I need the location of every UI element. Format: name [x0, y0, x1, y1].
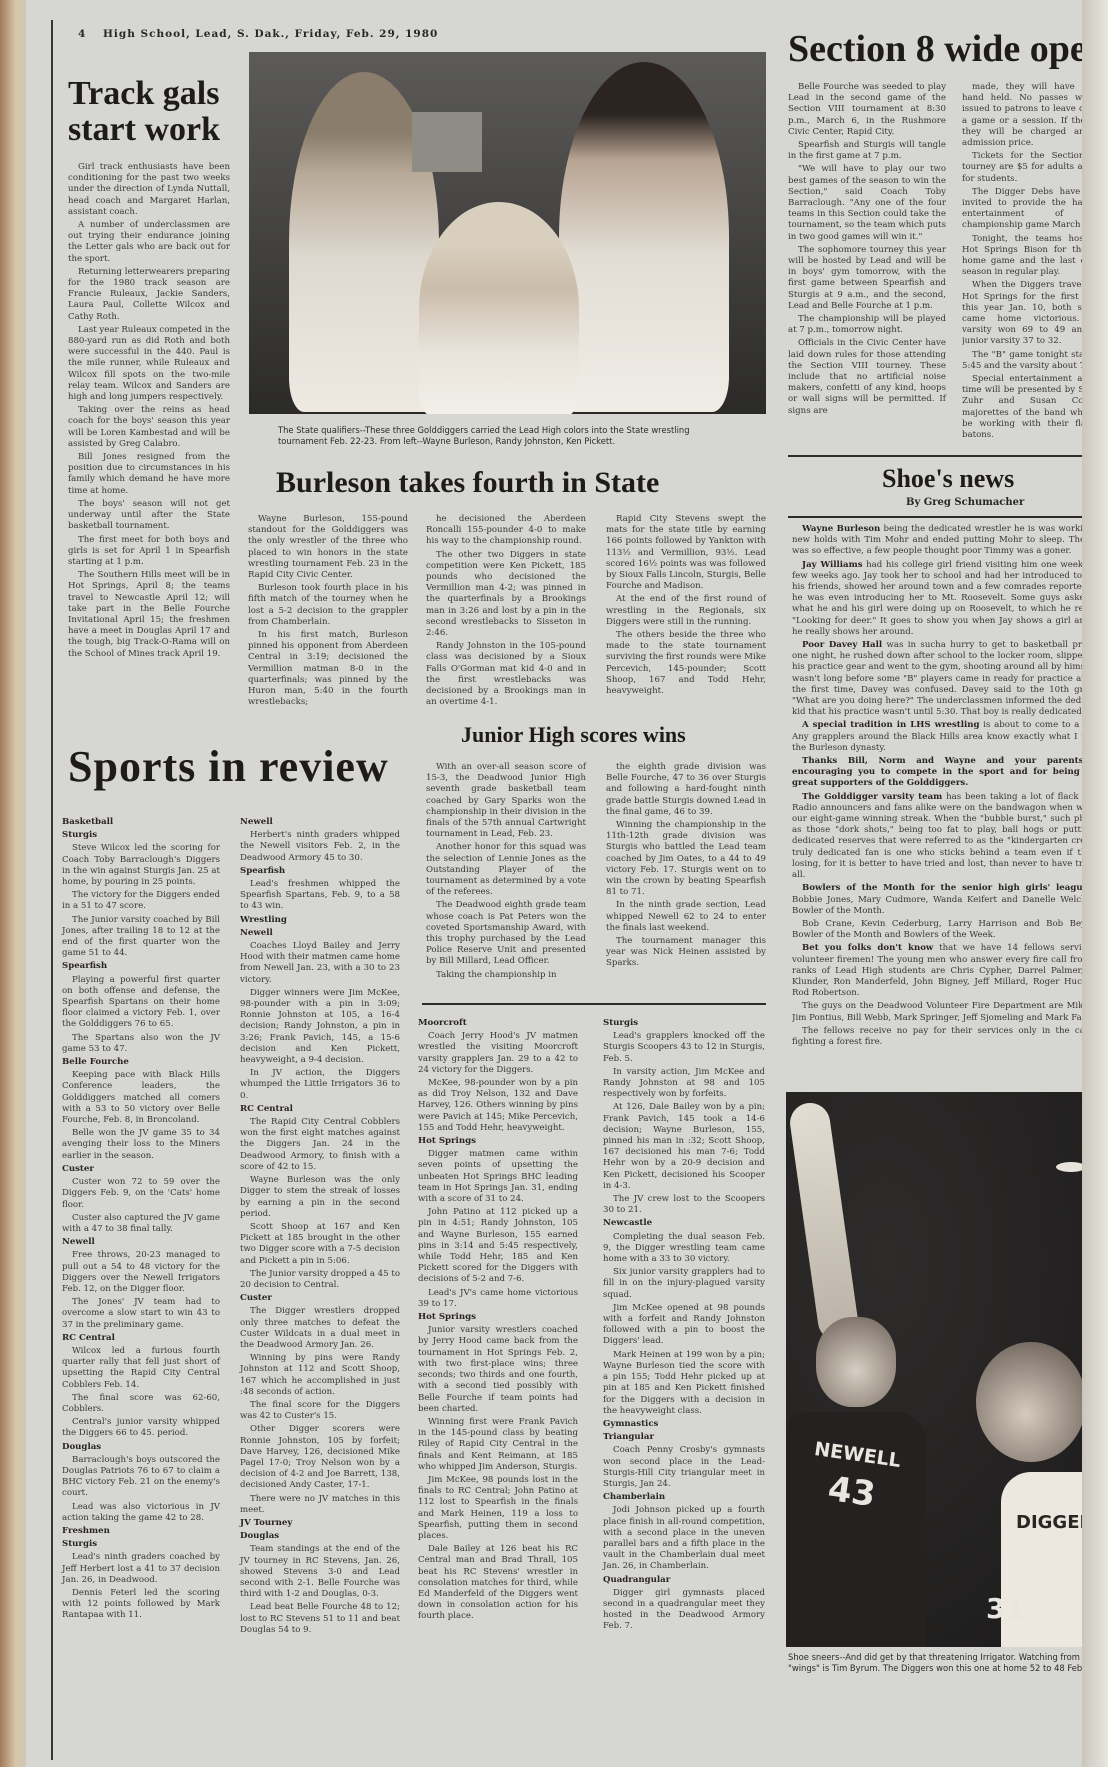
article-paragraph: Custer won 72 to 59 over the Diggers Feb… [62, 1177, 220, 1211]
headline-track: Track gals start work [68, 76, 228, 147]
sports-review-col-2: NewellHerbert's ninth graders whipped th… [240, 815, 400, 1638]
article-paragraph: Wilcox led a furious fourth quarter rall… [62, 1346, 220, 1391]
article-paragraph: Jim McKee opened at 98 pounds with a for… [603, 1303, 765, 1348]
article-paragraph: Custer also captured the JV game with a … [62, 1213, 220, 1235]
article-paragraph: Dennis Feterl led the scoring with 12 po… [62, 1588, 220, 1622]
article-paragraph: he decisioned the Aberdeen Roncalli 155-… [426, 514, 586, 548]
photo-basketball-game: NEWELL 43 DIGGERS 31 [786, 1092, 1108, 1647]
article-paragraph: Belle won the JV game 35 to 34 avenging … [62, 1128, 220, 1162]
article-paragraph: The victory for the Diggers ended in a 5… [62, 890, 220, 912]
item-text: Bob Crane, Kevin Cederburg, Larry Harris… [792, 919, 1108, 940]
article-paragraph: Central's junior varsity whipped the Dig… [62, 1417, 220, 1439]
page-binding-edge [0, 0, 26, 1767]
column-item: Poor Davey Hall was in sucha hurry to ge… [792, 640, 1108, 718]
column-item: Bob Crane, Kevin Cederburg, Larry Harris… [792, 919, 1108, 941]
subhead: Triangular [603, 1432, 765, 1443]
subhead: Gymnastics [603, 1419, 765, 1430]
player-left-head [816, 1317, 896, 1407]
item-text: was in sucha hurry to get to basketball … [792, 640, 1108, 717]
article-paragraph: With an over-all season score of 15-3, t… [426, 762, 586, 840]
column-rule [51, 20, 53, 1760]
item-lead-in: A special tradition in LHS wrestling [802, 720, 980, 730]
section-divider [788, 455, 1108, 457]
article-paragraph: The Deadwood eighth grade team whose coa… [426, 900, 586, 967]
wall-sign [412, 112, 482, 172]
article-paragraph: Scott Shoop at 167 and Ken Pickett at 18… [240, 1222, 400, 1267]
article-paragraph: The sophomore tourney this year will be … [788, 245, 946, 312]
headline-sports-in-review: Sports in review [68, 745, 389, 789]
column-item: The guys on the Deadwood Volunteer Fire … [792, 1001, 1108, 1023]
page-folio: 4 High School, Lead, S. Dak., Friday, Fe… [78, 28, 438, 40]
article-paragraph: Herbert's ninth graders whipped the Newe… [240, 830, 400, 864]
article-paragraph: Lead's JV's came home victorious 39 to 1… [418, 1288, 578, 1310]
article-paragraph: In the ninth grade section, Lead whipped… [606, 900, 766, 934]
subhead: Belle Fourche [62, 1057, 220, 1068]
article-paragraph: Steve Wilcox led the scoring for Coach T… [62, 843, 220, 888]
subhead: Quadrangular [603, 1575, 765, 1586]
article-paragraph: Winning by pins were Randy Johnston at 1… [240, 1353, 400, 1398]
article-paragraph: Returning letterwearers preparing for th… [68, 267, 230, 323]
article-paragraph: Digger girl gymnasts placed second in a … [603, 1588, 765, 1633]
article-paragraph: The others beside the three who made to … [606, 630, 766, 697]
headline-shoes-news: Shoe's news [882, 466, 1014, 492]
article-paragraph: Last year Ruleaux competed in the 880-ya… [68, 325, 230, 403]
subhead: Moorcroft [418, 1018, 578, 1029]
article-paragraph: There were no JV matches in this meet. [240, 1494, 400, 1516]
article-paragraph: Lead's ninth graders coached by Jeff Her… [62, 1552, 220, 1586]
article-paragraph: Lead's grapplers knocked off the Sturgis… [603, 1031, 765, 1065]
article-paragraph: At the end of the first round of wrestli… [606, 594, 766, 628]
article-paragraph: The tournament manager this year was Nic… [606, 936, 766, 970]
headline-section8: Section 8 wide open [788, 30, 1108, 68]
section-divider [788, 516, 1108, 518]
subhead: RC Central [62, 1333, 220, 1344]
article-paragraph: The Rapid City Central Cobblers won the … [240, 1117, 400, 1173]
subhead: Freshmen [62, 1526, 220, 1537]
article-paragraph: Lead beat Belle Fourche 48 to 12; lost t… [240, 1602, 400, 1636]
article-paragraph: The Junior varsity coached by Bill Jones… [62, 915, 220, 960]
article-paragraph: The Jones' JV team had to overcome a slo… [62, 1297, 220, 1331]
article-paragraph: Mark Heinen at 199 won by a pin; Wayne B… [603, 1350, 765, 1417]
subhead: Chamberlain [603, 1492, 765, 1503]
column-item: Bowlers of the Month for the senior high… [792, 883, 1108, 917]
article-paragraph: Coaches Lloyd Bailey and Jerry Hood with… [240, 941, 400, 986]
article-paragraph: Lead's freshmen whipped the Spearfish Sp… [240, 879, 400, 913]
article-paragraph: Team standings at the end of the JV tour… [240, 1544, 400, 1600]
item-text: had his college girl friend visiting him… [792, 560, 1108, 637]
article-paragraph: In his first match, Burleson pinned his … [248, 630, 408, 708]
article-paragraph: A number of underclassmen are out trying… [68, 220, 230, 265]
subhead: Douglas [62, 1442, 220, 1453]
article-burleson-col-1: Wayne Burleson, 155-pound standout for t… [248, 514, 408, 710]
article-paragraph: In JV action, the Diggers whumped the Li… [240, 1068, 400, 1102]
subhead: RC Central [240, 1104, 400, 1115]
article-paragraph: The championship will be played at 7 p.m… [788, 314, 946, 336]
headline-junior-high: Junior High scores wins [461, 724, 686, 746]
article-burleson-col-3: Rapid City Stevens swept the mats for th… [606, 514, 766, 699]
arm-raised-figure [787, 1100, 860, 1343]
subhead: Spearfish [240, 866, 400, 877]
subhead: Custer [62, 1164, 220, 1175]
item-lead-in: Wayne Burleson [802, 524, 880, 534]
jersey-left-number: 43 [825, 1469, 877, 1515]
item-text: The guys on the Deadwood Volunteer Fire … [792, 1001, 1108, 1022]
article-paragraph: McKee, 98-pounder won by a pin as did Tr… [418, 1078, 578, 1134]
sports-review-col-4: SturgisLead's grapplers knocked off the … [603, 1016, 765, 1635]
article-paragraph: Taking over the reins as head coach for … [68, 405, 230, 450]
headline-burleson: Burleson takes fourth in State [276, 468, 659, 498]
article-paragraph: Wayne Burleson was the only Digger to st… [240, 1175, 400, 1220]
subhead: JV Tourney [240, 1518, 400, 1529]
article-paragraph: Junior varsity wrestlers coached by Jerr… [418, 1325, 578, 1415]
article-paragraph: The final score was 62-60, Cobblers. [62, 1393, 220, 1415]
article-paragraph: the eighth grade division was Belle Four… [606, 762, 766, 818]
item-lead-in: The Golddigger varsity team [802, 792, 942, 802]
article-section8-col-1: Belle Fourche was seeded to play Lead in… [788, 82, 946, 419]
article-paragraph: The final score for the Diggers was 42 t… [240, 1400, 400, 1422]
subhead: Newcastle [603, 1218, 765, 1229]
adjacent-page-edge [1082, 0, 1108, 1767]
article-paragraph: Digger matmen came within seven points o… [418, 1149, 578, 1205]
article-paragraph: Dale Bailey at 126 beat his RC Central m… [418, 1544, 578, 1622]
item-lead-in: Thanks Bill, Norm and Wayne and your par… [792, 756, 1108, 788]
column-item: The Golddigger varsity team has been tak… [792, 792, 1108, 882]
article-paragraph: The other two Diggers in state competiti… [426, 550, 586, 640]
article-paragraph: Completing the dual season Feb. 9, the D… [603, 1232, 765, 1266]
subhead: Newell [240, 817, 400, 828]
subhead: Hot Springs [418, 1312, 578, 1323]
article-track: Girl track enthusiasts have been conditi… [68, 162, 230, 662]
newspaper-page: 4 High School, Lead, S. Dak., Friday, Fe… [26, 0, 1108, 1767]
article-paragraph: The JV crew lost to the Scoopers 30 to 2… [603, 1194, 765, 1216]
column-item: A special tradition in LHS wrestling is … [792, 720, 1108, 754]
column-item: Thanks Bill, Norm and Wayne and your par… [792, 756, 1108, 790]
item-text: The fellows receive no pay for their ser… [792, 1026, 1108, 1047]
article-paragraph: Girl track enthusiasts have been conditi… [68, 162, 230, 218]
article-paragraph: Jim McKee, 98 pounds lost in the finals … [418, 1475, 578, 1542]
subhead: Custer [240, 1293, 400, 1304]
article-paragraph: "We will have to play our two best games… [788, 164, 946, 242]
item-text: has been taking a lot of flack lately. R… [792, 792, 1108, 880]
column-item: The fellows receive no pay for their ser… [792, 1026, 1108, 1048]
article-paragraph: Wayne Burleson, 155-pound standout for t… [248, 514, 408, 581]
article-paragraph: John Patino at 112 picked up a pin in 4:… [418, 1207, 578, 1285]
jersey-right-number: 31 [986, 1592, 1025, 1625]
article-paragraph: Free throws, 20-23 managed to pull out a… [62, 1250, 220, 1295]
article-paragraph: Other Digger scorers were Ronnie Johnsto… [240, 1424, 400, 1491]
article-paragraph: At 126, Dale Bailey won by a pin; Frank … [603, 1102, 765, 1192]
article-paragraph: Digger winners were Jim McKee, 98-pounde… [240, 988, 400, 1066]
subhead: Sturgis [603, 1018, 765, 1029]
article-paragraph: The first meet for both boys and girls i… [68, 535, 230, 569]
article-paragraph: Spearfish and Sturgis will tangle in the… [788, 140, 946, 162]
article-paragraph: Randy Johnston in the 105-pound class wa… [426, 641, 586, 708]
article-paragraph: The Junior varsity dropped a 45 to 20 de… [240, 1269, 400, 1291]
item-lead-in: Bowlers of the Month for the senior high… [802, 883, 1088, 893]
section-divider [422, 1003, 766, 1005]
article-shoes-news: Wayne Burleson being the dedicated wrest… [792, 524, 1108, 1064]
article-paragraph: Barraclough's boys outscored the Douglas… [62, 1455, 220, 1500]
subhead: Douglas [240, 1531, 400, 1542]
article-junior-high-col-1: With an over-all season score of 15-3, t… [426, 762, 586, 983]
page-number: 4 [78, 28, 86, 40]
article-paragraph: Coach Penny Crosby's gymnasts won second… [603, 1445, 765, 1490]
article-junior-high-col-2: the eighth grade division was Belle Four… [606, 762, 766, 972]
article-paragraph: Bill Jones resigned from the position du… [68, 452, 230, 497]
article-paragraph: Burleson took fourth place in his fifth … [248, 583, 408, 628]
subhead: Sturgis [62, 830, 220, 841]
item-lead-in: Poor Davey Hall [802, 640, 882, 650]
article-burleson-col-2: he decisioned the Aberdeen Roncalli 155-… [426, 514, 586, 710]
article-paragraph: Lead was also victorious in JV action ta… [62, 1502, 220, 1524]
article-paragraph: Officials in the Civic Center have laid … [788, 338, 946, 416]
article-paragraph: Six junior varsity grapplers had to fill… [603, 1267, 765, 1301]
player-right-head [976, 1342, 1086, 1462]
wrestler-center-figure [419, 202, 579, 414]
article-paragraph: Rapid City Stevens swept the mats for th… [606, 514, 766, 592]
column-item: Bet you folks don't know that we have 14… [792, 943, 1108, 999]
photo-caption-basketball: Shoe sneers--And did get by that threate… [788, 1652, 1108, 1673]
subhead: Basketball [62, 817, 220, 828]
article-paragraph: The Spartans also won the JV game 53 to … [62, 1033, 220, 1055]
article-paragraph: The Southern Hills meet will be in Hot S… [68, 570, 230, 660]
article-paragraph: Jodi Johnson picked up a fourth place fi… [603, 1505, 765, 1572]
article-paragraph: The boys' season will not get underway u… [68, 499, 230, 533]
subhead: Newell [62, 1237, 220, 1248]
sports-review-col-3: MoorcroftCoach Jerry Hood's JV matmen wr… [418, 1016, 578, 1625]
article-paragraph: Keeping pace with Black Hills Conference… [62, 1070, 220, 1126]
item-lead-in: Jay Williams [802, 560, 863, 570]
subhead: Spearfish [62, 961, 220, 972]
subhead: Hot Springs [418, 1136, 578, 1147]
dateline: High School, Lead, S. Dak., Friday, Feb.… [103, 28, 438, 40]
photo-caption-state-qualifiers: The State qualifiers--These three Golddi… [278, 425, 718, 446]
article-paragraph: Winning first were Frank Pavich in the 1… [418, 1417, 578, 1473]
column-item: Wayne Burleson being the dedicated wrest… [792, 524, 1108, 558]
article-paragraph: Playing a powerful first quarter on both… [62, 975, 220, 1031]
article-paragraph: Winning the championship in the 11th-12t… [606, 820, 766, 898]
article-paragraph: The Digger wrestlers dropped only three … [240, 1306, 400, 1351]
item-lead-in: Bet you folks don't know [802, 943, 933, 953]
article-paragraph: Belle Fourche was seeded to play Lead in… [788, 82, 946, 138]
subhead: Sturgis [62, 1539, 220, 1550]
sports-review-col-1: BasketballSturgisSteve Wilcox led the sc… [62, 815, 220, 1624]
column-item: Jay Williams had his college girl friend… [792, 560, 1108, 638]
subhead: Newell [240, 928, 400, 939]
subhead: Wrestling [240, 915, 400, 926]
byline: By Greg Schumacher [906, 497, 1024, 508]
article-paragraph: Coach Jerry Hood's JV matmen wrestled th… [418, 1031, 578, 1076]
article-paragraph: Taking the championship in [426, 970, 586, 981]
photo-state-qualifiers [249, 52, 766, 414]
article-paragraph: Another honor for this squad was the sel… [426, 842, 586, 898]
wrestler-right-figure [559, 62, 729, 412]
article-paragraph: In varsity action, Jim McKee and Randy J… [603, 1067, 765, 1101]
